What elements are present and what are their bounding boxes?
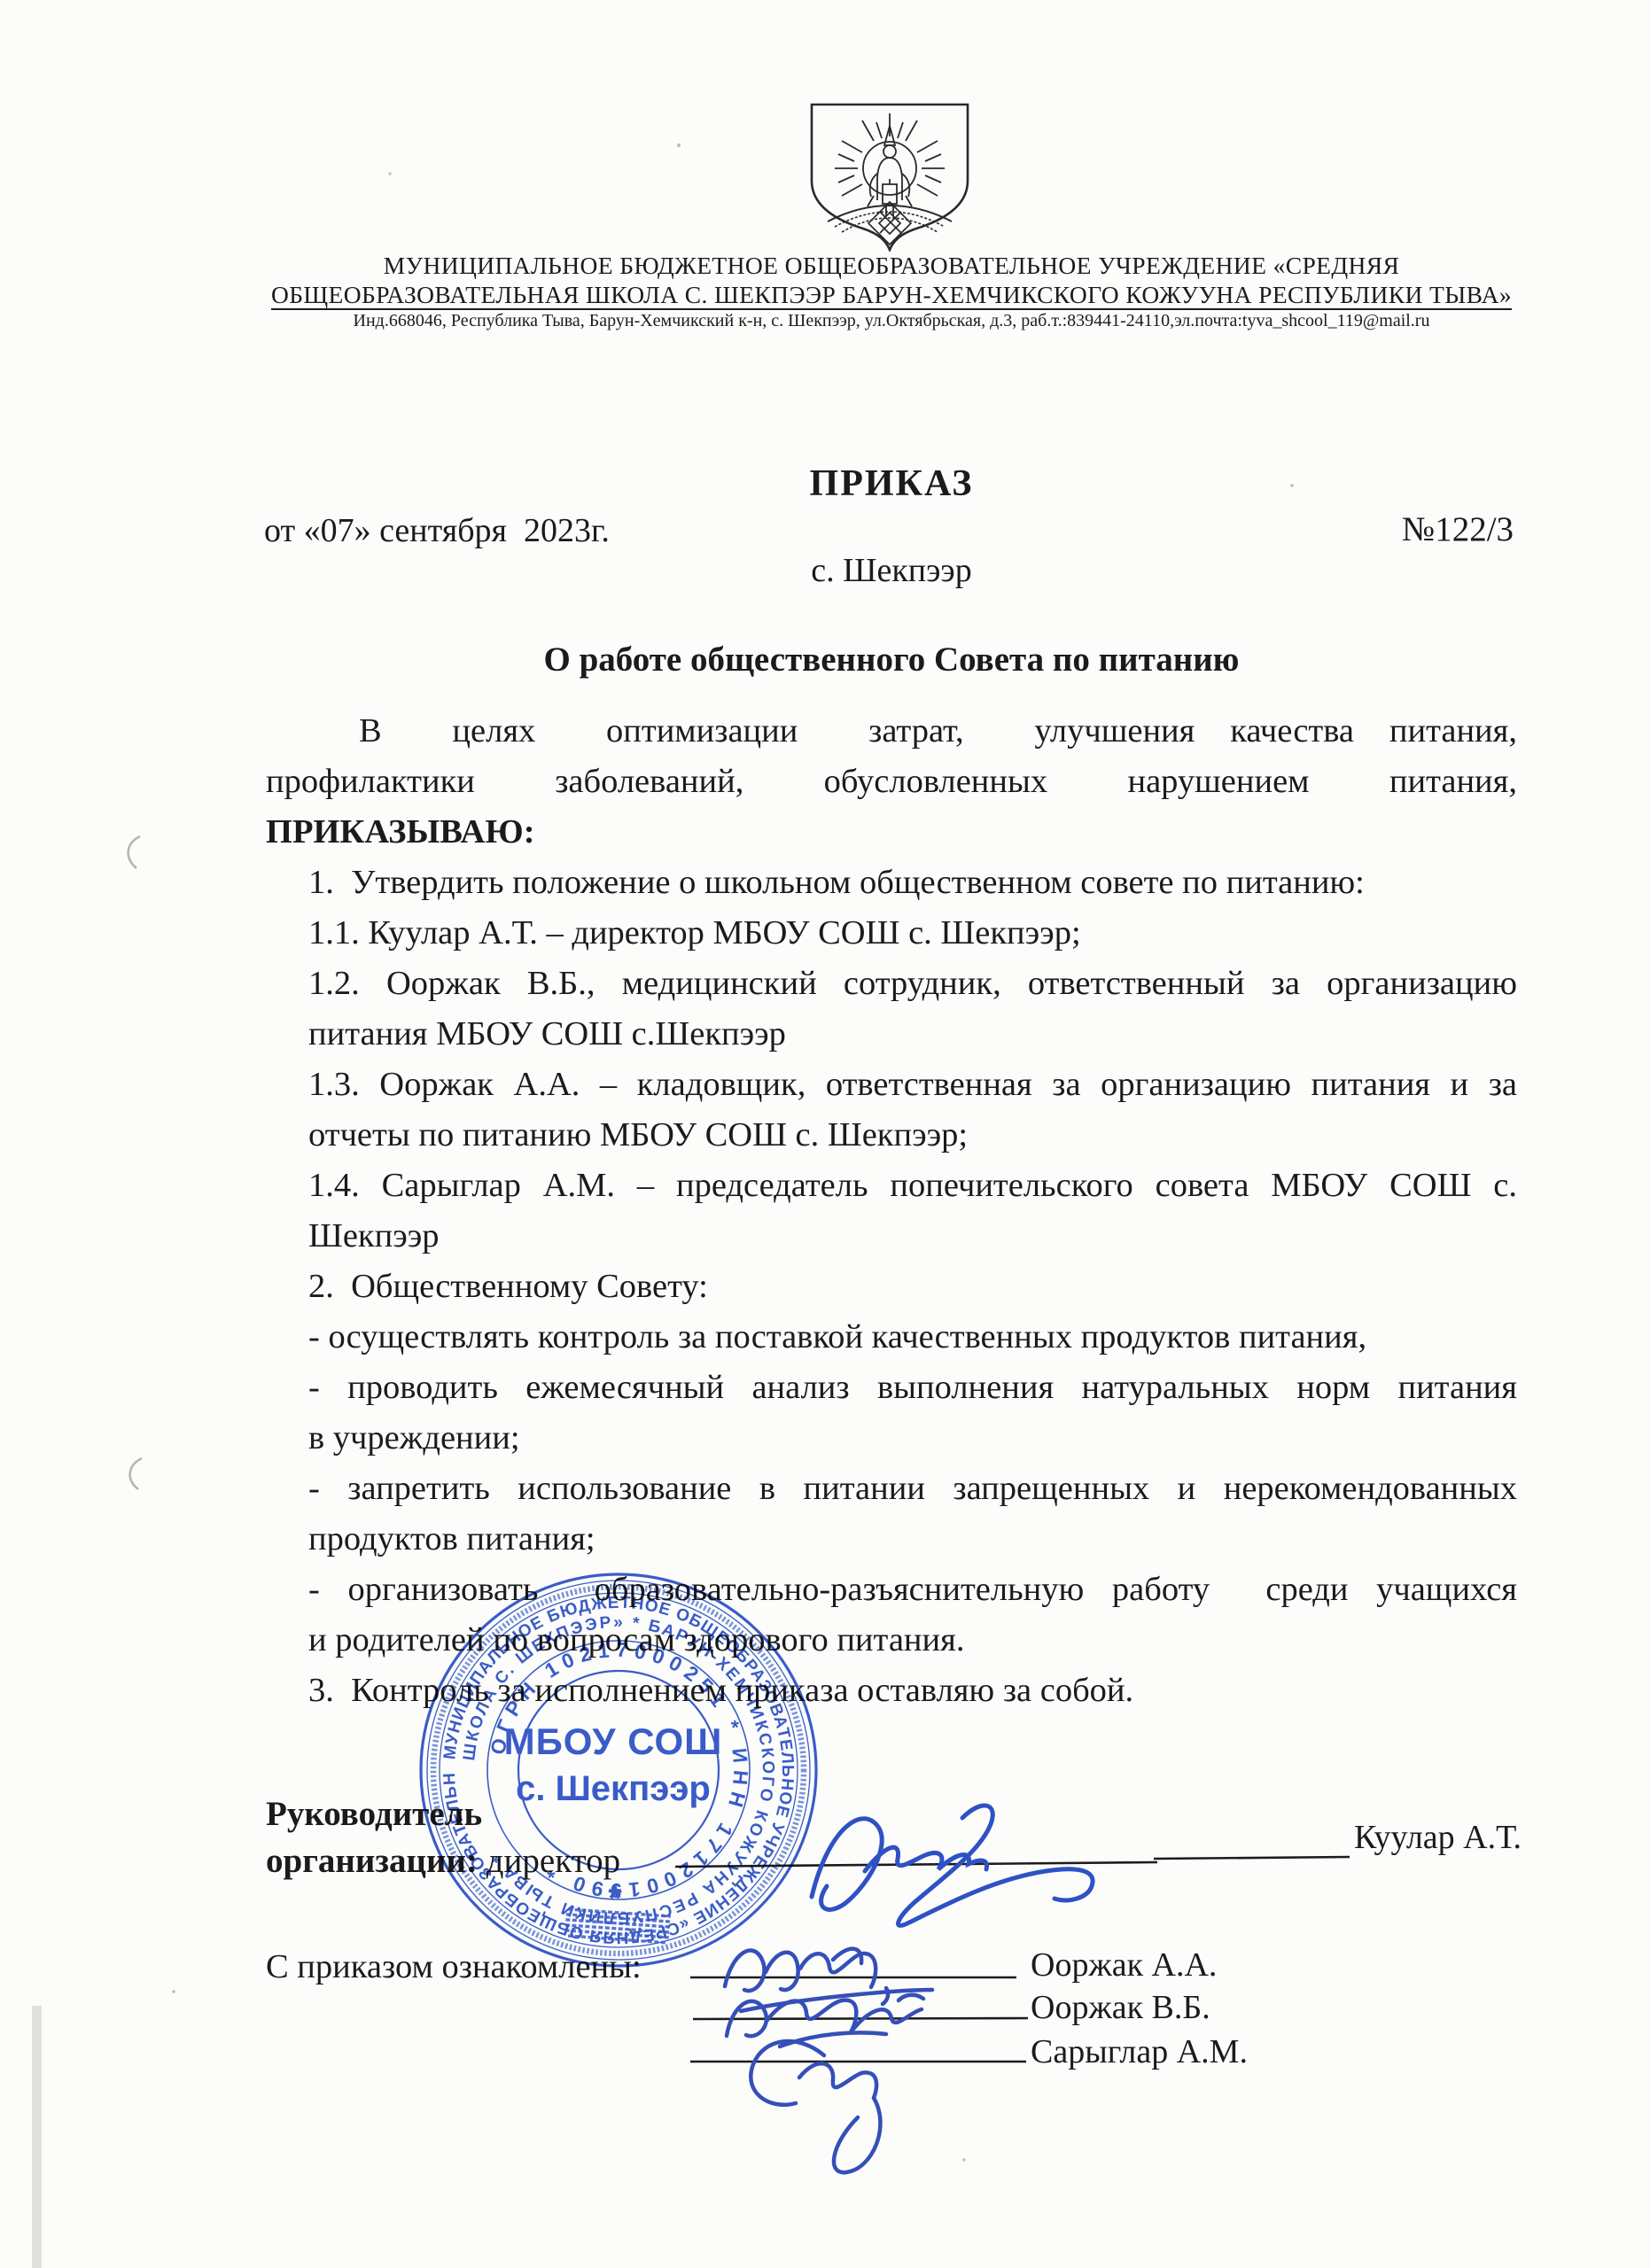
scan-pencil-mark [128, 836, 142, 1489]
order-line: 1. Утвердить положение о школьном общест… [266, 858, 1517, 908]
scanned-order-document: МУНИЦИПАЛЬНОЕ БЮДЖЕТНОЕ ОБЩЕОБРАЗОВАТЕЛЬ… [0, 0, 1650, 2268]
signature-director [812, 1806, 1093, 1925]
director-signature-line [1154, 1857, 1350, 1859]
order-line: в учреждении; [266, 1413, 1517, 1464]
order-line: профилактики заболеваний, обусловленных … [266, 757, 1517, 807]
stamp-center-line-1: МБОУ СОШ [504, 1720, 723, 1762]
order-line: 1.4. Сарыглар А.М. – председатель попечи… [266, 1161, 1517, 1211]
order-line: 1.1. Куулар А.Т. – директор МБОУ СОШ с. … [266, 908, 1517, 959]
order-line: отчеты по питанию МБОУ СОШ с. Шекпээр; [266, 1110, 1517, 1161]
doc-subject-title: О работе общественного Совета по питанию [266, 640, 1517, 680]
order-line: 1.3. Ооржак А.А. – кладовщик, ответствен… [266, 1060, 1517, 1110]
coat-of-arms-icon [803, 99, 977, 252]
order-line: Шекпээр [266, 1211, 1517, 1262]
signature-ack-3 [751, 2032, 886, 2172]
org-name-line-1: МУНИЦИПАЛЬНОЕ БЮДЖЕТНОЕ ОБЩЕОБРАЗОВАТЕЛЬ… [266, 252, 1517, 280]
order-line: 2. Общественному Совету: [266, 1262, 1517, 1312]
order-line: питания МБОУ СОШ с.Шекпээр [266, 1009, 1517, 1060]
ack-name: Сарыглар А.М. [1031, 2032, 1248, 2071]
doc-date: от «07» сентября 2023г. [264, 511, 610, 550]
doc-type-title: ПРИКАЗ [266, 462, 1517, 505]
signature-ack-2 [727, 1990, 932, 2036]
order-line: 1.2. Ооржак В.Б., медицинский сотрудник,… [266, 959, 1517, 1009]
ack-name: Ооржак А.А. [1031, 1946, 1217, 1984]
head-signature-name: Куулар А.Т. [1354, 1818, 1522, 1857]
order-line: В целях оптимизации затрат, улучшения ка… [266, 706, 1517, 757]
org-name-line-2: ОБЩЕОБРАЗОВАТЕЛЬНАЯ ШКОЛА С. ШЕКПЭЭР БАР… [266, 281, 1517, 309]
ack-name: Ооржак В.Б. [1031, 1988, 1210, 2027]
order-line: - проводить ежемесячный анализ выполнени… [266, 1363, 1517, 1413]
scanner-edge-artifact [32, 2006, 42, 2268]
ack-signature-line [693, 2018, 1028, 2019]
org-contact-line: Инд.668046, Республика Тыва, Барун-Хемчи… [266, 311, 1517, 331]
order-line: - запретить использование в питании запр… [266, 1464, 1517, 1514]
stamp-center-line-2: с. Шекпээр [516, 1769, 711, 1808]
order-line: - осуществлять контроль за поставкой кач… [266, 1312, 1517, 1363]
doc-place: с. Шекпээр [266, 551, 1517, 590]
order-line: ПРИКАЗЫВАЮ: [266, 807, 1517, 858]
school-stamp: МУНИЦИПАЛЬНОЕ БЮДЖЕТНОЕ ОБЩЕОБРАЗОВАТЕЛЬ… [408, 1559, 833, 1984]
doc-number: №122/3 [1402, 509, 1514, 549]
order-line: продуктов питания; [266, 1514, 1517, 1565]
